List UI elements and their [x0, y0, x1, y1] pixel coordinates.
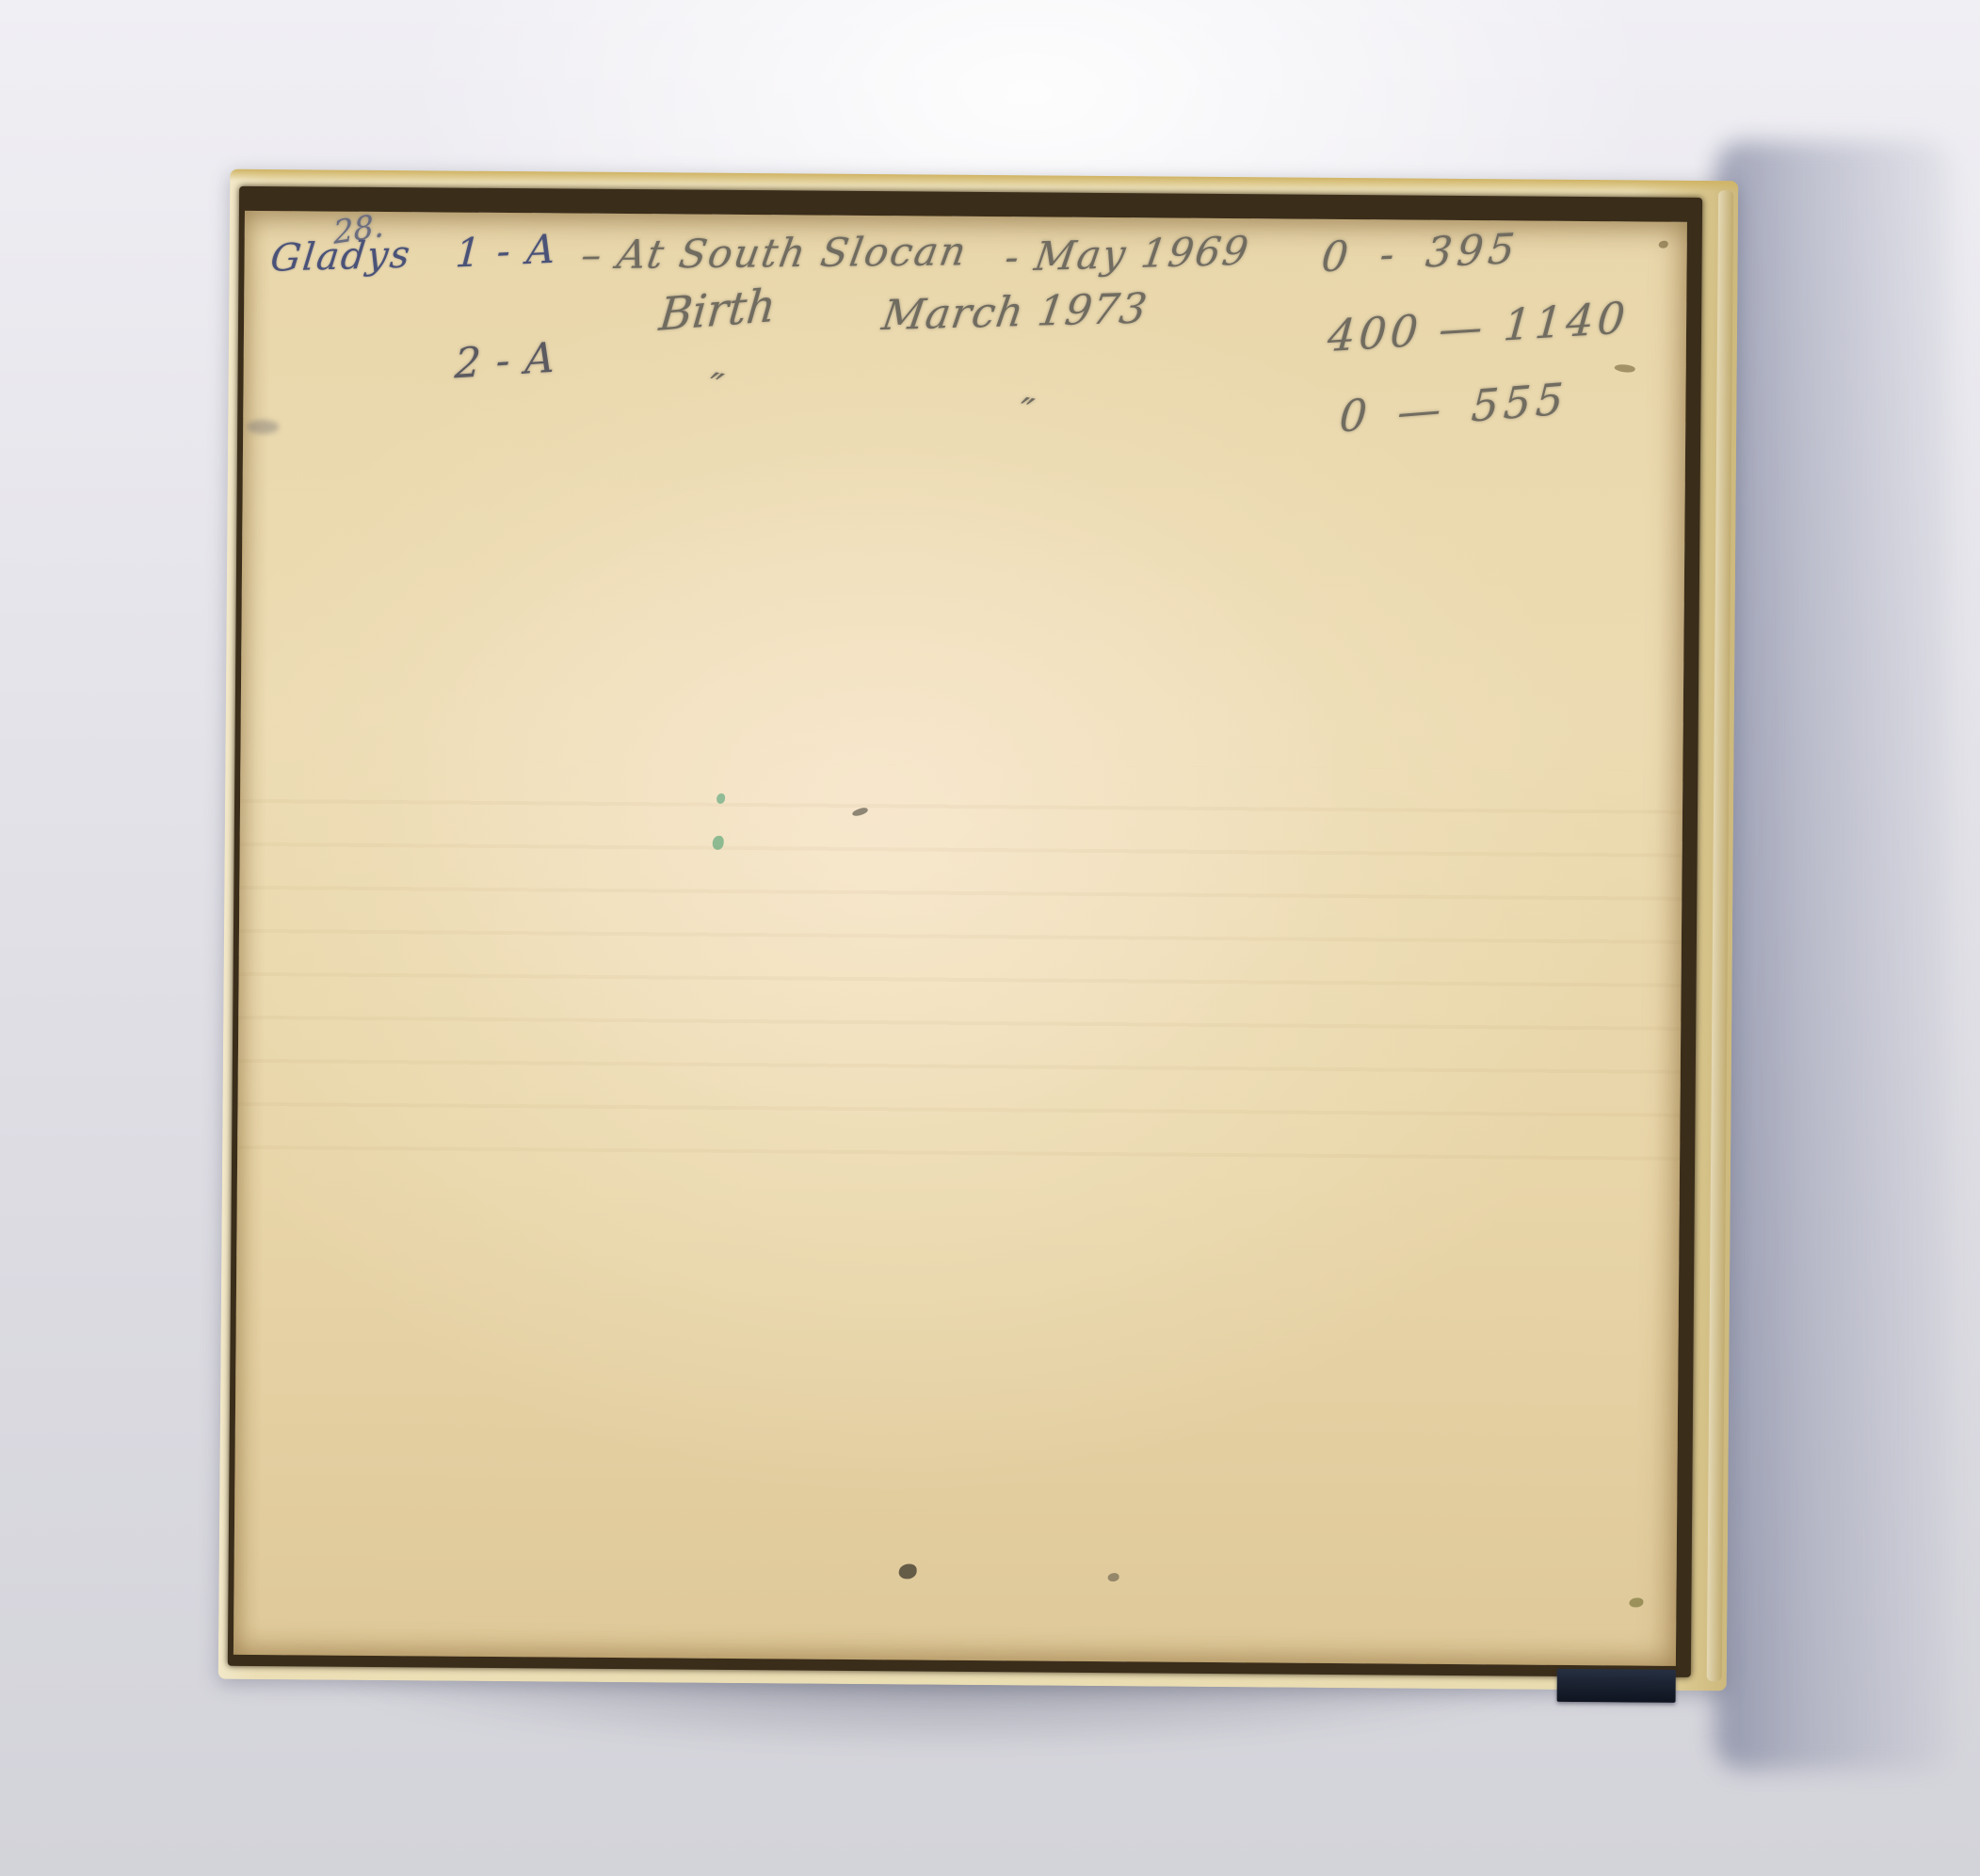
dark-stain-speck [899, 1563, 917, 1579]
cast-shadow-right [1715, 141, 1951, 1770]
brown-stain-speck [1614, 363, 1635, 374]
handwriting-counter-0-555: 0 — 555 [1338, 377, 1569, 439]
handwriting-side-1a: 1 - A [454, 230, 555, 274]
card-aging-streaks [237, 760, 1682, 1161]
handwriting-date-may-1969: - May 1969 [1003, 232, 1253, 278]
tape-end-tab [1557, 1669, 1676, 1703]
handwriting-ditto-mark: ″ [1016, 393, 1037, 432]
handwriting-birth: Birth [657, 283, 778, 338]
handwriting-date-march-1973: March 1973 [879, 288, 1151, 337]
handwriting-counter-0-395: 0 - 395 [1320, 229, 1521, 280]
photo-backdrop: 28. Gladys 1 - A – At South Slocan - May… [0, 0, 1980, 1876]
tape-box-lid: 28. Gladys 1 - A – At South Slocan - May… [218, 169, 1739, 1692]
handwriting-ditto-mark: ″ [705, 368, 726, 408]
brown-stain-speck [1659, 241, 1668, 249]
handwriting-counter-400-1140: 400 — 1140 [1327, 296, 1631, 358]
record-card: 28. Gladys 1 - A – At South Slocan - May… [233, 211, 1687, 1666]
pencil-smudge [247, 420, 279, 434]
dark-stain-speck [1108, 1573, 1119, 1581]
olive-stain-speck [1629, 1597, 1643, 1607]
handwriting-name: Gladys [268, 236, 413, 278]
handwriting-side-2a: 2 - A [454, 338, 555, 386]
handwriting-location: – At South Slocan [578, 232, 971, 275]
